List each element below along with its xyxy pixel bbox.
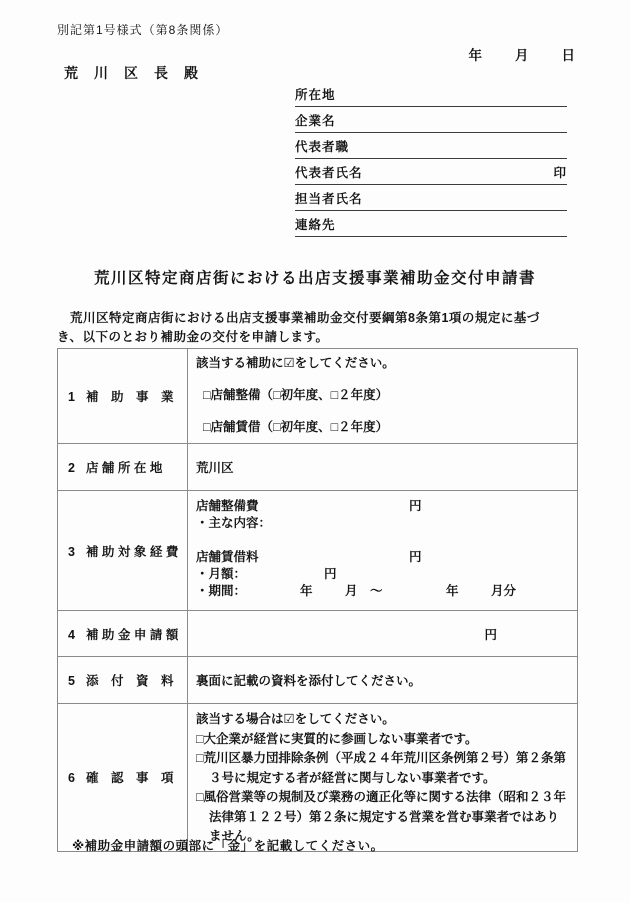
row4-number: 4 xyxy=(68,628,75,642)
equipment-cost-unit: 円 xyxy=(409,499,422,513)
table-row-requested-amount: 4 補 助 金 申 請 額 円 xyxy=(58,611,578,657)
equipment-cost-label: 店舗整備費 xyxy=(196,498,409,515)
field-contact-person: 担当者氏名 xyxy=(295,185,567,211)
row1-number: 1 xyxy=(68,390,75,404)
row2-label: 店 舗 所 在 地 xyxy=(86,458,162,476)
intro-paragraph: 荒川区特定商店街における出店支援事業補助金交付要綱第8条第1項の規定に基づ き、… xyxy=(57,309,583,347)
footnote: ※補助金申請額の頭部に「金」を記載してください。 xyxy=(72,836,384,854)
checkbox-option-store-lease: □店舗賃借（□初年度、□２年度） xyxy=(203,417,569,435)
monthly-rent-label: ・月額： xyxy=(196,566,324,583)
table-row-subsidy-project: 1 補 助 事 業 該当する補助に☑をしてください。 □店舗整備（□初年度、□２… xyxy=(58,349,578,444)
table-row-store-location: 2 店 舗 所 在 地 荒川区 xyxy=(58,444,578,491)
field-representative-name: 代表者氏名 印 xyxy=(295,159,567,185)
checkbox-item-no-large-company: □大企業が経営に実質的に参画しない事業者です。 xyxy=(196,730,569,750)
store-location-value: 荒川区 xyxy=(196,461,234,475)
page-title: 荒川区特定商店街における出店支援事業補助金交付申請書 xyxy=(0,266,630,288)
row5-number: 5 xyxy=(68,674,75,688)
row3-number: 3 xyxy=(68,545,75,559)
checkbox-option-store-improvement: □店舗整備（□初年度、□２年度） xyxy=(203,385,569,403)
row6-instruction: 該当する場合は☑をしてください。 xyxy=(196,710,569,730)
rent-cost-line: 店舗賃借料円 xyxy=(196,549,569,566)
application-table: 1 補 助 事 業 該当する補助に☑をしてください。 □店舗整備（□初年度、□２… xyxy=(57,348,578,852)
addressee: 荒 川 区 長 殿 xyxy=(64,63,199,83)
attachments-note: 裏面に記載の資料を添付してください。 xyxy=(196,674,421,688)
monthly-rent-unit: 円 xyxy=(324,567,337,581)
date-month-label: 月 xyxy=(515,44,529,64)
date-day-label: 日 xyxy=(562,44,576,64)
field-company-name-label: 企業名 xyxy=(295,111,336,129)
requested-amount-unit: 円 xyxy=(484,628,497,642)
table-row-eligible-expenses: 3 補 助 対 象 経 費 店舗整備費円 ・主な内容： 店舗賃借料円 xyxy=(58,491,578,611)
field-representative-name-label: 代表者氏名 xyxy=(295,163,363,181)
form-number: 別記第1号様式（第8条関係） xyxy=(57,21,228,38)
field-contact-info-label: 連絡先 xyxy=(295,215,336,233)
monthly-rent-line: ・月額：円 xyxy=(196,566,569,583)
seal-label: 印 xyxy=(553,163,567,181)
rent-cost-unit: 円 xyxy=(409,550,422,564)
row5-label: 添 付 資 料 xyxy=(86,671,174,689)
row3-label: 補 助 対 象 経 費 xyxy=(86,542,178,560)
field-address: 所在地 xyxy=(295,81,567,107)
equipment-detail-line: ・主な内容： xyxy=(196,515,569,532)
intro-line-1: 荒川区特定商店街における出店支援事業補助金交付要綱第8条第1項の規定に基づ xyxy=(57,309,583,328)
table-row-attachments: 5 添 付 資 料 裏面に記載の資料を添付してください。 xyxy=(58,657,578,704)
applicant-fields: 所在地 企業名 代表者職 代表者氏名 印 担当者氏名 連絡先 xyxy=(295,81,567,237)
row6-label: 確 認 事 項 xyxy=(86,768,174,786)
row6-number: 6 xyxy=(68,771,75,785)
field-representative-title: 代表者職 xyxy=(295,133,567,159)
row1-instruction: 該当する補助に☑をしてください。 xyxy=(196,353,569,371)
field-representative-title-label: 代表者職 xyxy=(295,137,349,155)
equipment-cost-line: 店舗整備費円 xyxy=(196,498,569,515)
field-company-name: 企業名 xyxy=(295,107,567,133)
row2-number: 2 xyxy=(68,461,75,475)
field-contact-info: 連絡先 xyxy=(295,211,567,237)
field-address-label: 所在地 xyxy=(295,85,336,103)
date-line: 年 月 日 xyxy=(469,44,576,64)
table-row-confirmation-items: 6 確 認 事 項 該当する場合は☑をしてください。 □大企業が経営に実質的に参… xyxy=(58,704,578,852)
rent-period-label: ・期間： xyxy=(196,583,300,600)
row1-label: 補 助 事 業 xyxy=(86,387,174,405)
checkbox-item-no-organized-crime: □荒川区暴力団排除条例（平成２４年荒川区条例第２号）第２条第３号に規定する者が経… xyxy=(196,749,569,788)
date-year-label: 年 xyxy=(469,44,483,64)
field-contact-person-label: 担当者氏名 xyxy=(295,189,363,207)
rent-period-line: ・期間：年月～年月分 xyxy=(196,583,569,600)
rent-cost-label: 店舗賃借料 xyxy=(196,549,409,566)
intro-line-2: き、以下のとおり補助金の交付を申請します。 xyxy=(57,328,583,347)
row4-label: 補 助 金 申 請 額 xyxy=(86,625,178,643)
form-document-page: 別記第1号様式（第8条関係） 年 月 日 荒 川 区 長 殿 所在地 企業名 代… xyxy=(0,0,630,903)
